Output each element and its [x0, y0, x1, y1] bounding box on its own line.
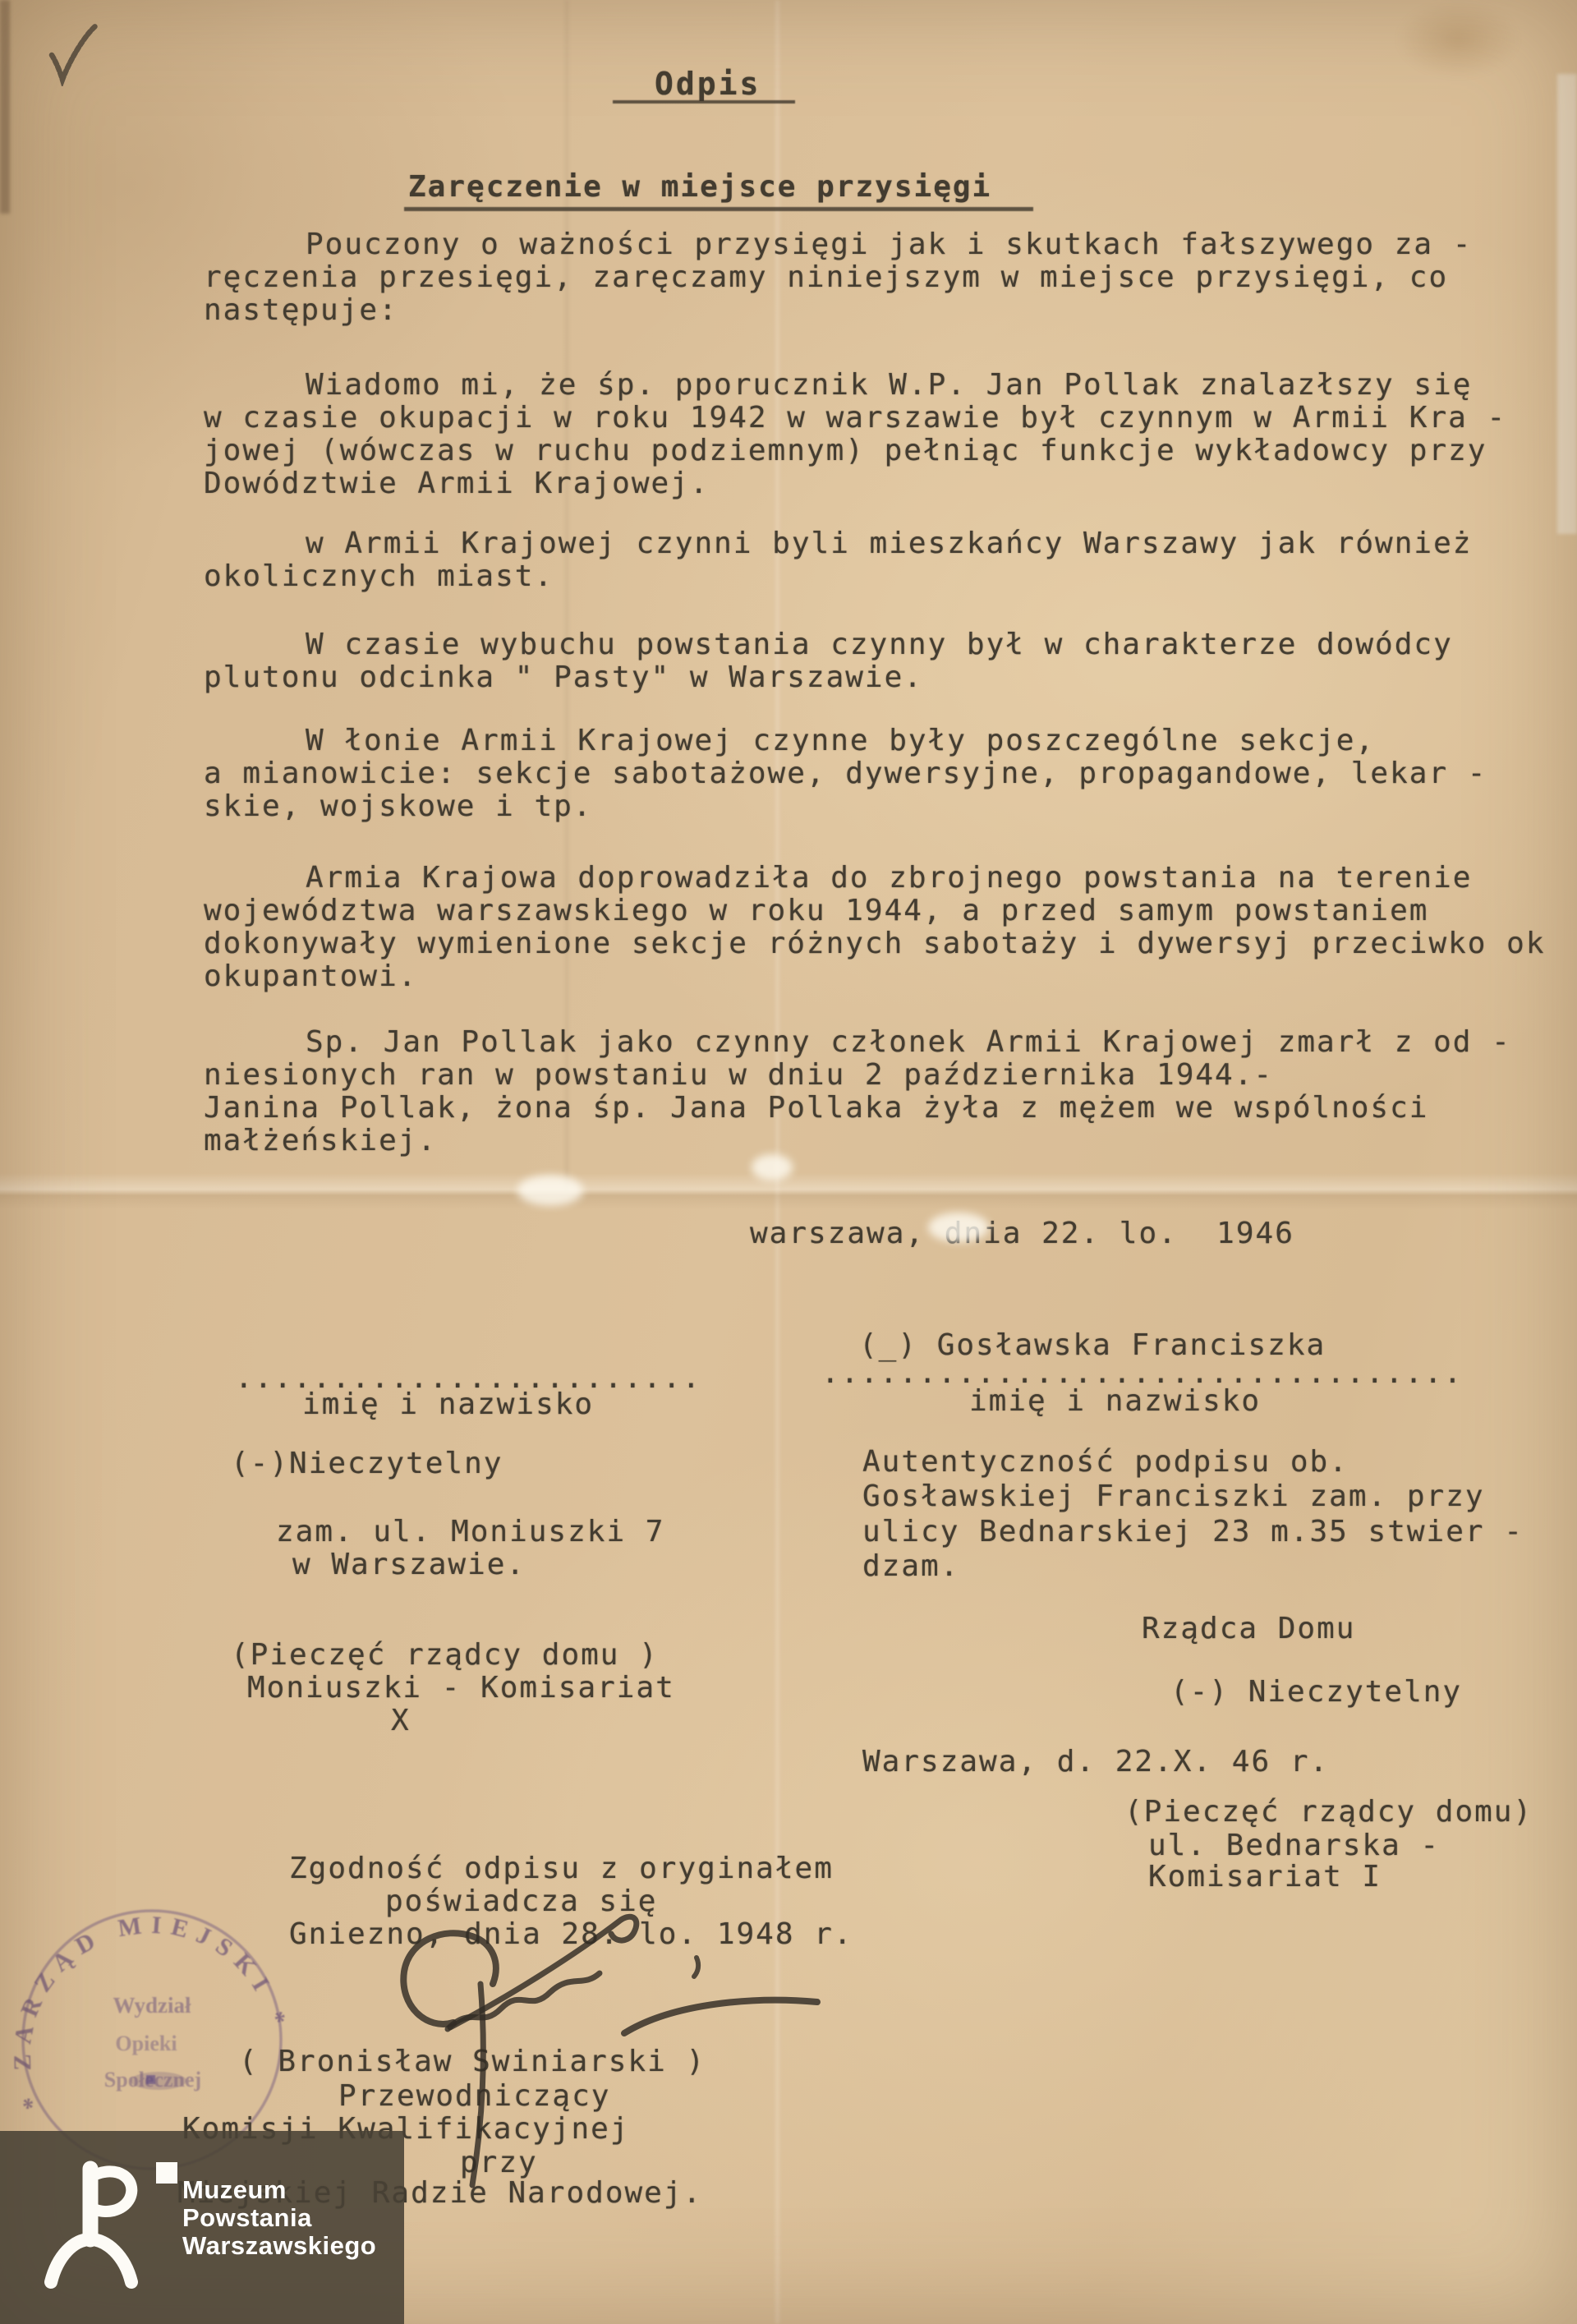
- name-caption: imię i nazwisko: [969, 1385, 1261, 1418]
- typed-line: Sp. Jan Pollak jako czynny członek Armii…: [204, 1025, 1511, 1058]
- typed-line: małżeńskiej.: [204, 1124, 1511, 1157]
- typed-line: Pouczony o ważności przysięgi jak i skut…: [204, 228, 1472, 260]
- stamp-smudge: [131, 2072, 186, 2090]
- address-line: zam. ul. Moniuszki 7: [276, 1516, 664, 1549]
- document-title: Odpis: [655, 67, 761, 100]
- typed-line: województwa warszawskiego w roku 1944, a…: [204, 894, 1546, 927]
- typed-line: okupantowi.: [204, 960, 1546, 992]
- paper-crack-spot: [928, 1213, 989, 1242]
- title-underline: [613, 100, 795, 104]
- paragraph: Wiadomo mi, że śp. pporucznik W.P. Jan P…: [204, 368, 1506, 499]
- stamp-note-line: Moniuszki - Komisariat: [247, 1672, 675, 1705]
- heading-underline: [404, 207, 1033, 211]
- attestation-line: Gosławskiej Franciszki zam. przy: [862, 1480, 1485, 1513]
- typed-line: Dowództwie Armii Krajowej.: [204, 467, 1506, 499]
- typed-line: w czasie okupacji w roku 1942 w warszawi…: [204, 401, 1506, 434]
- scanned-document: Odpis Zaręczenie w miejsce przysięgi Pou…: [0, 0, 1577, 2324]
- museum-name-line: Powstania: [182, 2203, 312, 2233]
- attestation-line: ulicy Bednarskiej 23 m.35 stwier -: [862, 1516, 1524, 1549]
- paragraph: Sp. Jan Pollak jako czynny członek Armii…: [204, 1025, 1511, 1157]
- paper-stain: [1396, 0, 1520, 78]
- stamp-center-line: Opieki: [115, 2032, 177, 2055]
- typed-line: dokonywały wymienione sekcje różnych sab…: [204, 927, 1546, 960]
- typed-line: Wiadomo mi, że śp. pporucznik W.P. Jan P…: [204, 368, 1506, 401]
- typed-line: skie, wojskowe i tp.: [204, 789, 1487, 822]
- typed-line: W czasie wybuchu powstania czynny był w …: [204, 628, 1453, 660]
- paragraph: w Armii Krajowej czynni byli mieszkańcy …: [204, 527, 1472, 592]
- place-date-line: warszawa, dnia 22. lo. 1946: [750, 1217, 1294, 1250]
- paragraph: Pouczony o ważności przysięgi jak i skut…: [204, 228, 1472, 326]
- illegible-signature-note: (-)Nieczytelny: [231, 1447, 503, 1480]
- certification-line: Zgodność odpisu z oryginałem: [289, 1852, 834, 1885]
- museum-name-line: Muzeum: [182, 2175, 287, 2205]
- typed-line: Armia Krajowa doprowadziła do zbrojnego …: [204, 861, 1546, 894]
- attestation-date: Warszawa, d. 22.X. 46 r.: [862, 1746, 1329, 1779]
- stamp-note-line: (Pieczęć rządcy domu ): [231, 1639, 659, 1672]
- stamp-note-line: X: [391, 1705, 411, 1737]
- stamp-center-line: Wydział: [113, 1993, 191, 2018]
- paragraph: W łonie Armii Krajowej czynne były poszc…: [204, 724, 1487, 822]
- typed-line: plutonu odcinka " Pasty" w Warszawie.: [204, 660, 1453, 693]
- attestation-line: dzam.: [862, 1550, 959, 1583]
- name-caption: imię i nazwisko: [302, 1388, 594, 1421]
- document-heading: Zaręczenie w miejsce przysięgi: [408, 171, 991, 204]
- stamp-note-line: ul. Bednarska -: [1148, 1829, 1440, 1862]
- paper-edge-highlight: [1557, 74, 1577, 534]
- paper-crack-spot: [517, 1175, 583, 1206]
- stamp-ink-blot: [146, 2075, 155, 2084]
- horizontal-fold-crease: [0, 1173, 1577, 1209]
- museum-name-line: Warszawskiego: [182, 2231, 376, 2261]
- typed-line: ręczenia przesięgi, zaręczamy niniejszym…: [204, 260, 1472, 293]
- typed-line: jowej (wówczas w ruchu podziemnym) pełni…: [204, 434, 1506, 467]
- handwritten-check-mark: [45, 21, 103, 86]
- typed-line: w Armii Krajowej czynni byli mieszkańcy …: [204, 527, 1472, 559]
- kotwica-anchor-logo-icon: [43, 2157, 158, 2297]
- paper-crack-spot: [752, 1154, 793, 1180]
- logo-square-dot: [156, 2162, 177, 2184]
- paragraph: W czasie wybuchu powstania czynny był w …: [204, 628, 1453, 693]
- attestation-line: Autentyczność podpisu ob.: [862, 1446, 1349, 1479]
- typed-line: a mianowicie: sekcje sabotażowe, dywersy…: [204, 757, 1487, 789]
- typed-line: okolicznych miast.: [204, 559, 1472, 592]
- typed-line: następuje:: [204, 293, 1472, 326]
- typed-line: W łonie Armii Krajowej czynne były poszc…: [204, 724, 1487, 757]
- handwritten-signature: [361, 1906, 854, 2202]
- scan-edge-shadow: [0, 0, 10, 214]
- stamp-note-line: Komisariat I: [1148, 1861, 1382, 1894]
- typed-line: Janina Pollak, żona śp. Jana Pollaka żył…: [204, 1091, 1511, 1124]
- stamp-note-line: (Pieczęć rządcy domu): [1124, 1796, 1533, 1829]
- paragraph: Armia Krajowa doprowadziła do zbrojnego …: [204, 861, 1546, 992]
- address-line: w Warszawie.: [292, 1549, 526, 1581]
- attestor-role: Rządca Domu: [1142, 1613, 1355, 1645]
- illegible-signature-note: (-) Nieczytelny: [1170, 1676, 1462, 1709]
- typed-line: niesionych ran w powstaniu w dniu 2 paźd…: [204, 1058, 1511, 1091]
